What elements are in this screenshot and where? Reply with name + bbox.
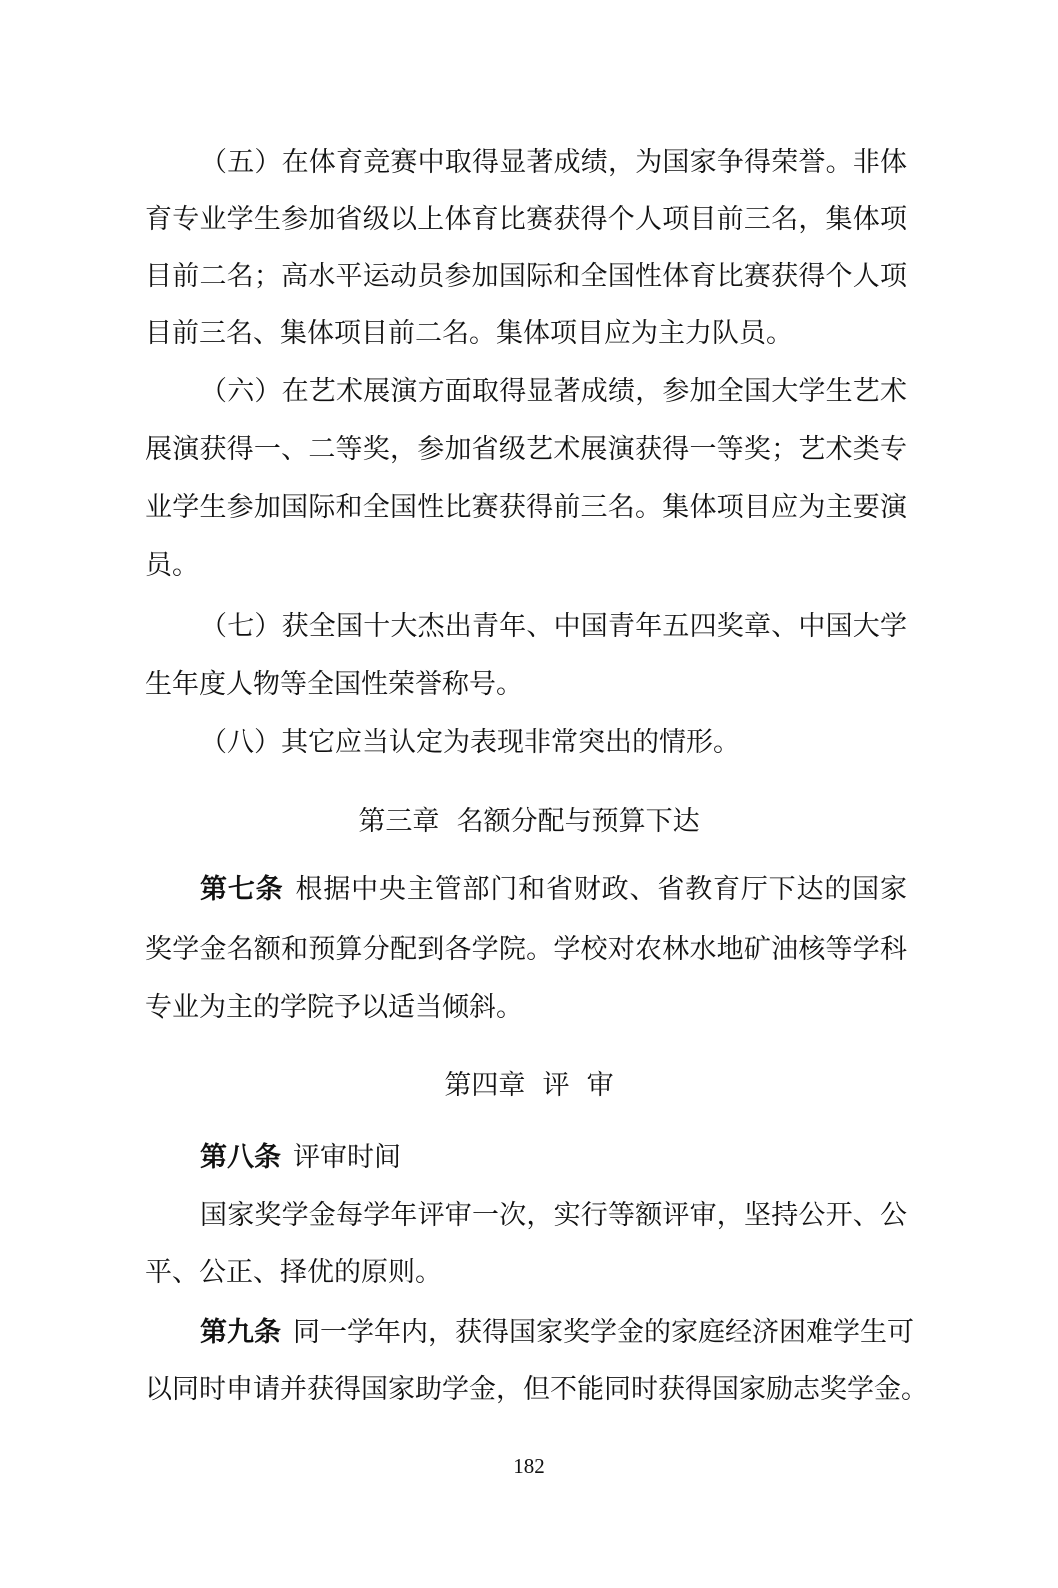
item-5-line-4: 目前三名、集体项目前二名。集体项目应为主力队员。 <box>145 314 907 354</box>
article-8-line-1: 国家奖学金每学年评审一次，实行等额评审，坚持公开、公 <box>200 1196 907 1236</box>
item-5-line-1: （五）在体育竞赛中取得显著成绩，为国家争得荣誉。非体 <box>200 143 907 183</box>
item-6-line-2: 展演获得一、二等奖，参加省级艺术展演获得一等奖；艺术类专 <box>145 430 907 470</box>
article-8-line-2: 平、公正、择优的原则。 <box>145 1253 907 1293</box>
item-6-line-4: 员。 <box>145 546 907 586</box>
article-9-label: 第九条 <box>200 1317 281 1348</box>
article-7-line-3: 专业为主的学院予以适当倾斜。 <box>145 988 907 1028</box>
item-7-line-1: （七）获全国十大杰出青年、中国青年五四奖章、中国大学 <box>200 607 907 647</box>
chapter-4-heading: 第四章 评 审 <box>0 1066 1058 1106</box>
item-6-line-1: （六）在艺术展演方面取得显著成绩，参加全国大学生艺术 <box>200 372 907 412</box>
article-7-label: 第七条 <box>200 874 284 905</box>
item-5-line-2: 育专业学生参加省级以上体育比赛获得个人项目前三名，集体项 <box>145 200 907 240</box>
article-7-line-1: 第七条根据中央主管部门和省财政、省教育厅下达的国家 <box>200 870 907 910</box>
item-6-line-3: 业学生参加国际和全国性比赛获得前三名。集体项目应为主要演 <box>145 488 907 528</box>
article-9-line-2: 以同时申请并获得国家助学金，但不能同时获得国家励志奖学金。 <box>145 1370 907 1410</box>
item-8-line-1: （八）其它应当认定为表现非常突出的情形。 <box>200 723 907 763</box>
article-8-heading-text: 评审时间 <box>293 1142 401 1173</box>
article-7-text-1: 根据中央主管部门和省财政、省教育厅下达的国家 <box>296 874 908 905</box>
article-9-text-1: 同一学年内，获得国家奖学金的家庭经济困难学生可 <box>293 1317 914 1348</box>
item-5-line-3: 目前二名；高水平运动员参加国际和全国性体育比赛获得个人项 <box>145 257 907 297</box>
item-7-line-2: 生年度人物等全国性荣誉称号。 <box>145 665 907 705</box>
page-number: 182 <box>0 1452 1058 1480</box>
article-8-heading-line: 第八条评审时间 <box>200 1138 907 1178</box>
article-9-line-1: 第九条同一学年内，获得国家奖学金的家庭经济困难学生可 <box>200 1313 907 1353</box>
article-8-label: 第八条 <box>200 1142 281 1173</box>
document-page: （五）在体育竞赛中取得显著成绩，为国家争得荣誉。非体 育专业学生参加省级以上体育… <box>0 0 1058 1588</box>
article-7-line-2: 奖学金名额和预算分配到各学院。学校对农林水地矿油核等学科 <box>145 930 907 970</box>
chapter-3-heading: 第三章 名额分配与预算下达 <box>0 802 1058 842</box>
